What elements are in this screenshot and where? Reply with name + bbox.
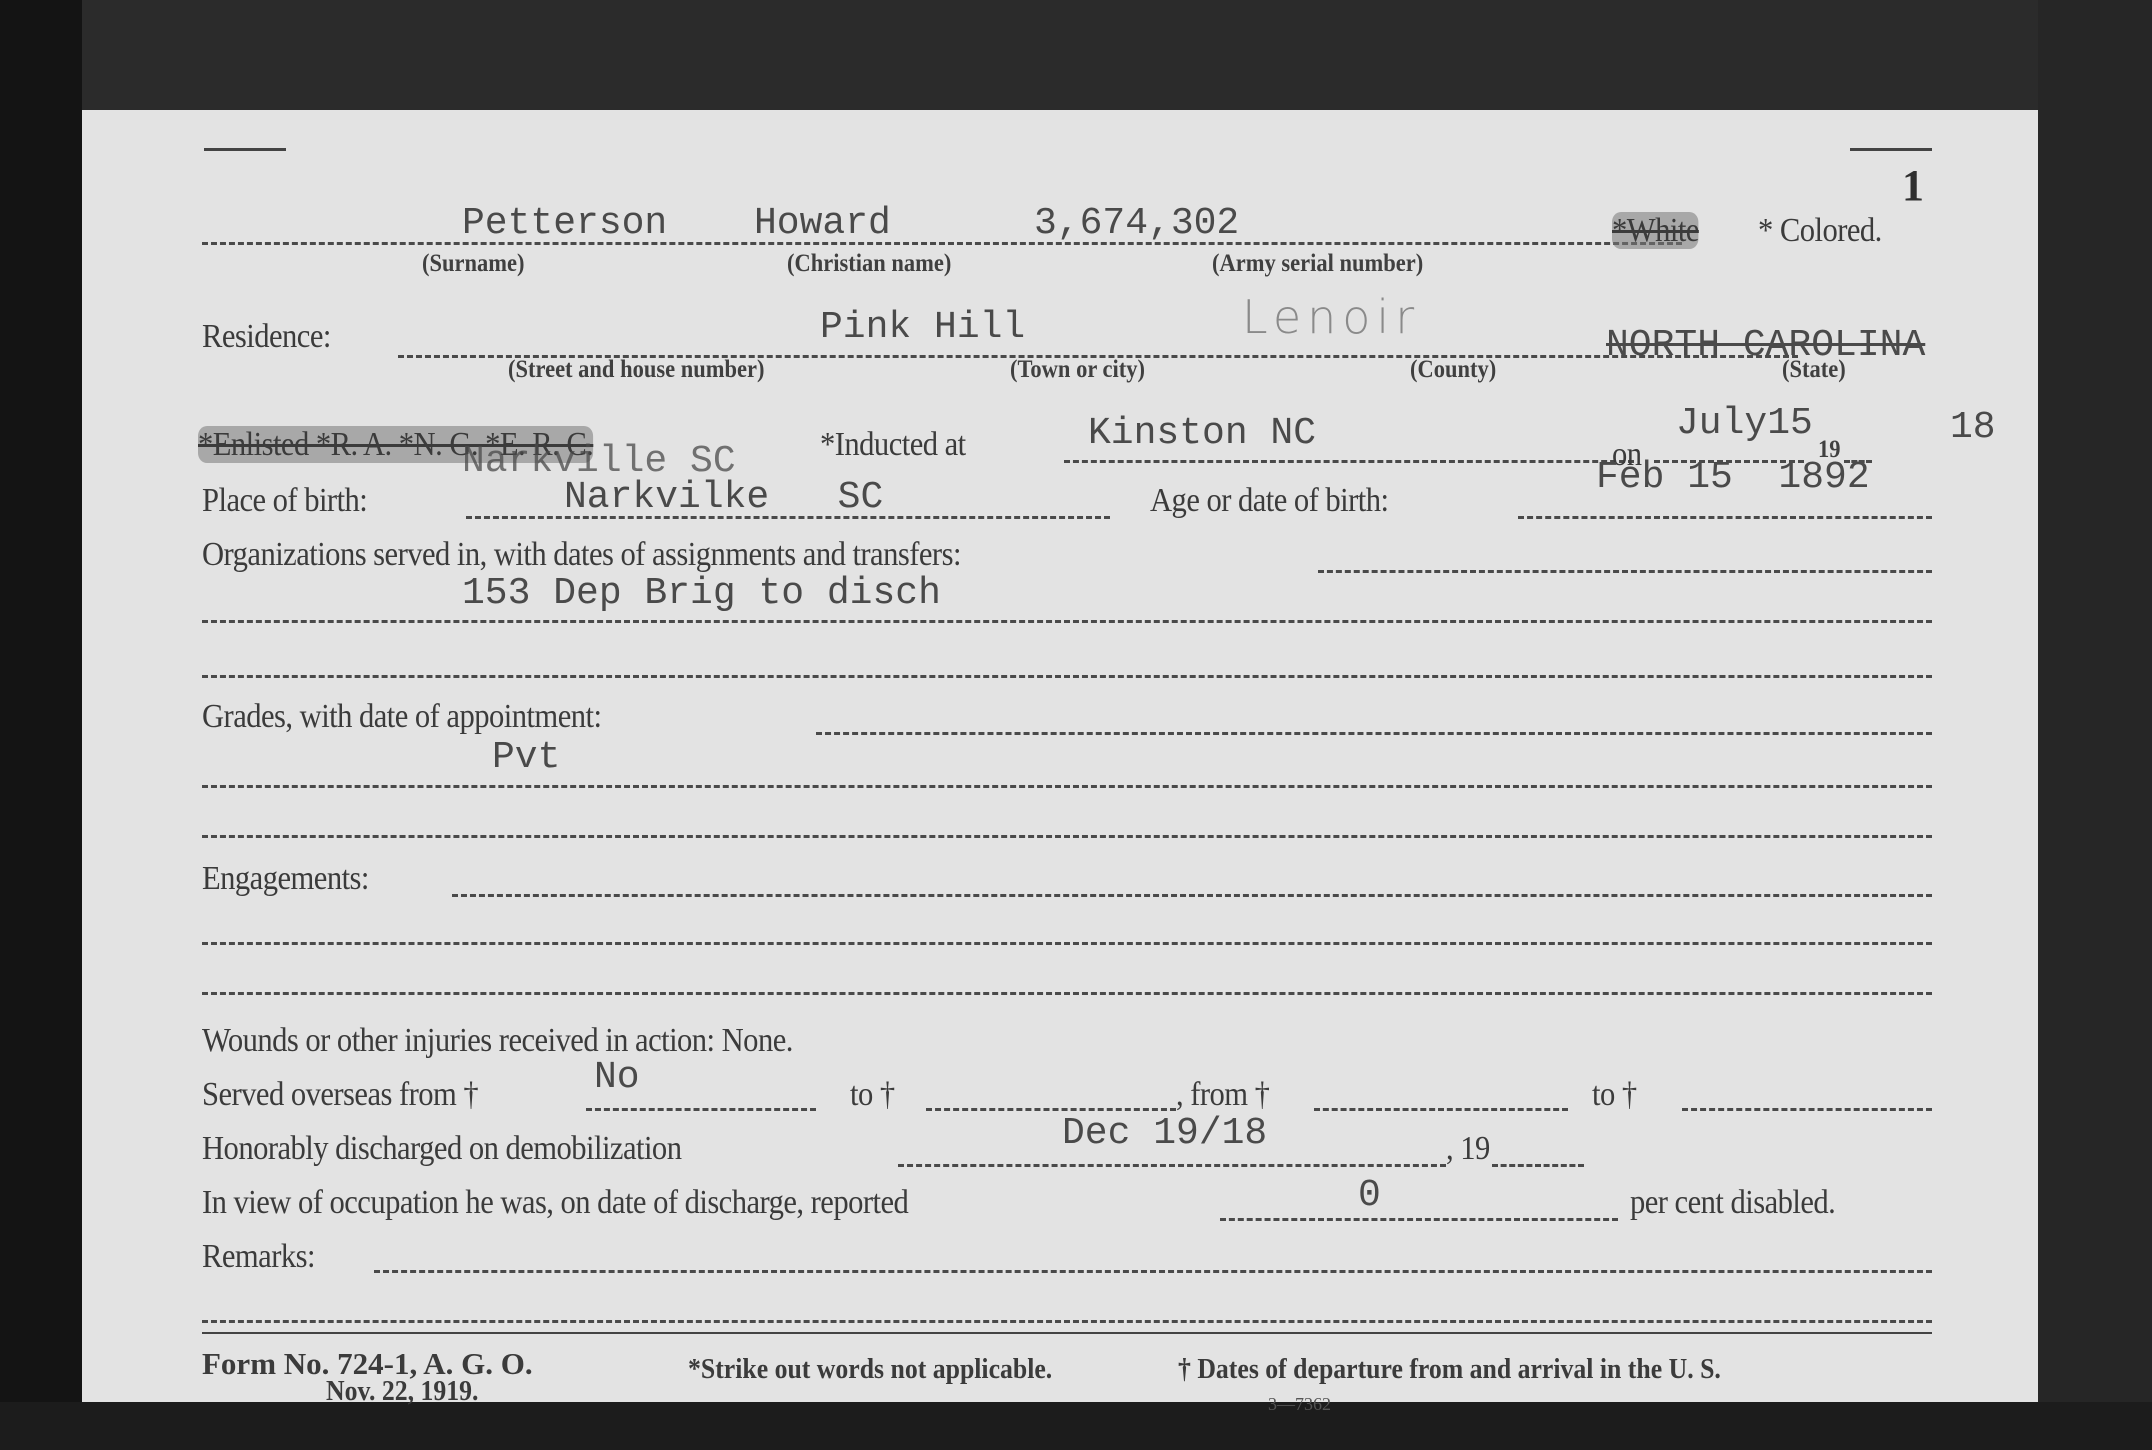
age-dob-label: Age or date of birth:: [1150, 482, 1388, 520]
surname-value: Petterson: [462, 202, 667, 245]
remarks-label: Remarks:: [202, 1238, 315, 1276]
top-left-rule: [204, 148, 286, 151]
inducted-at-label: *Inducted at: [820, 426, 966, 464]
grades-label: Grades, with date of appointment:: [202, 698, 601, 736]
wounds-label: Wounds or other injuries received in act…: [202, 1022, 793, 1060]
discharge-date-value: Dec 19/18: [1062, 1112, 1267, 1155]
street-caption: (Street and house number): [508, 356, 764, 384]
scan-border-left: [0, 0, 82, 1450]
surname-caption: (Surname): [422, 250, 525, 278]
residence-label: Residence:: [202, 318, 331, 356]
county-caption: (County): [1410, 356, 1496, 384]
engagements-line-2: [202, 942, 1932, 945]
scan-border-right: [2038, 0, 2152, 1450]
remarks-line-2: [202, 1320, 1932, 1323]
date-of-birth-value: Feb 15 1892: [1596, 456, 1870, 499]
served-overseas-label: Served overseas from †: [202, 1076, 478, 1114]
engagements-label: Engagements:: [202, 860, 369, 898]
overseas-to2-label: to †: [1592, 1076, 1637, 1114]
race-white-option: *White: [1612, 212, 1699, 250]
christian-name-caption: (Christian name): [787, 250, 951, 278]
disability-value: 0: [1358, 1174, 1381, 1217]
organizations-label: Organizations served in, with dates of a…: [202, 536, 961, 574]
engagements-line-3: [202, 992, 1932, 995]
top-right-rule: [1850, 148, 1932, 151]
card-page-number: 1: [1902, 160, 1924, 211]
inducted-date-value: July15: [1676, 402, 1813, 445]
print-code: 3—7362: [1268, 1394, 1331, 1415]
residence-county-value: Lenoir: [1242, 290, 1420, 344]
footer-rule: [202, 1332, 1932, 1334]
overseas-from2-label: , from †: [1176, 1076, 1269, 1114]
residence-state-value: NORTH CAROLINA: [1606, 324, 1925, 367]
race-colored-option: * Colored.: [1758, 212, 1882, 250]
inducted-at-value: Kinston NC: [1088, 412, 1316, 455]
disability-label: In view of occupation he was, on date of…: [202, 1184, 908, 1222]
organizations-line-2: [202, 620, 1932, 623]
organizations-line-1: [1318, 570, 1932, 573]
town-caption: (Town or city): [1010, 356, 1145, 384]
serial-number-value: 3,674,302: [1034, 202, 1239, 245]
scan-border-bottom: [0, 1402, 2152, 1450]
grades-line-3: [202, 835, 1932, 838]
inducted-year-value: 18: [1950, 406, 1996, 449]
overseas-to2-line: [1682, 1108, 1932, 1111]
disability-line: [1220, 1218, 1618, 1221]
engagements-line-1: [452, 894, 1932, 897]
service-record-card: 1 Petterson Howard 3,674,302 *White * Co…: [82, 110, 2038, 1402]
overseas-from-value: No: [594, 1056, 640, 1099]
overseas-from-line: [586, 1108, 816, 1111]
grades-value: Pvt: [492, 736, 560, 779]
disability-suffix: per cent disabled.: [1630, 1184, 1835, 1222]
grades-line-2: [202, 785, 1932, 788]
organizations-value: 153 Dep Brig to disch: [462, 572, 941, 615]
serial-number-caption: (Army serial number): [1212, 250, 1423, 278]
discharge-line: [898, 1164, 1446, 1167]
overseas-to-label: to †: [850, 1076, 895, 1114]
remarks-line-1: [374, 1270, 1932, 1273]
state-caption: (State): [1782, 356, 1846, 384]
christian-name-value: Howard: [754, 202, 891, 245]
form-date: Nov. 22, 1919.: [326, 1376, 478, 1408]
overseas-to-line: [926, 1108, 1176, 1111]
organizations-line-3: [202, 675, 1932, 678]
discharge-year-label: , 19: [1446, 1130, 1490, 1168]
discharge-label: Honorably discharged on demobilization: [202, 1130, 681, 1168]
strike-note: *Strike out words not applicable.: [688, 1354, 1052, 1386]
grades-line-1: [816, 732, 1932, 735]
residence-town-value: Pink Hill: [820, 306, 1025, 349]
dates-note: † Dates of departure from and arrival in…: [1178, 1354, 1721, 1386]
name-row-line: [202, 242, 1682, 245]
place-of-birth-value: Narkvilke SC: [564, 476, 883, 519]
inducted-at-line: [1064, 460, 1634, 463]
place-of-birth-label: Place of birth:: [202, 482, 367, 520]
age-dob-line: [1518, 516, 1932, 519]
discharge-year-line: [1492, 1164, 1584, 1167]
overseas-from2-line: [1314, 1108, 1568, 1111]
